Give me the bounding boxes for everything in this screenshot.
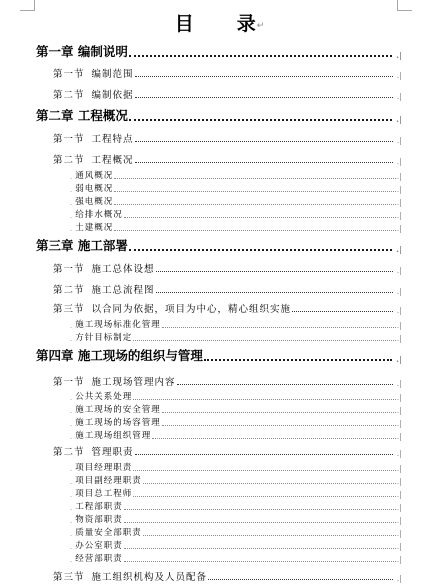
toc-item-label: 给排水概况 xyxy=(75,208,123,220)
toc-item[interactable]: . 通风概况 .| xyxy=(70,169,402,181)
entry-end-mark: .| xyxy=(397,450,402,458)
bullet-dot: . xyxy=(70,491,72,499)
dot-leader xyxy=(124,509,396,510)
page-corner-mark-top-right xyxy=(397,0,412,11)
entry-end-mark: .| xyxy=(397,212,402,220)
dot-leader xyxy=(135,141,393,142)
entry-end-mark: .| xyxy=(397,307,402,315)
bullet-dot: . xyxy=(70,530,72,538)
toc-item-label: 质量安全部职责 xyxy=(75,526,142,538)
entry-end-mark: .| xyxy=(397,173,402,181)
toc-section-number: 第一节 xyxy=(53,261,85,275)
toc-item[interactable]: . 公共关系处理 .| xyxy=(70,390,402,402)
dot-leader xyxy=(177,384,393,385)
entry-end-mark: .| xyxy=(397,335,402,343)
toc-item[interactable]: . 方针目标制定 .| xyxy=(70,331,402,343)
toc-item-label: 公共关系处理 xyxy=(75,390,132,402)
entry-end-mark: .| xyxy=(397,530,402,538)
toc-chapter-label: 第一章 编制说明 xyxy=(36,42,128,60)
toc-section-4-1[interactable]: 第一节 施工现场管理内容 .| xyxy=(53,374,402,388)
toc-chapter-label: 第三章 施工部署 xyxy=(36,236,128,254)
entry-end-mark: .| xyxy=(397,225,402,233)
dot-leader xyxy=(133,470,396,471)
toc-section-number: 第二节 xyxy=(53,282,85,296)
toc-item-label: 施工现场组织管理 xyxy=(75,429,151,441)
toc-section-1-2[interactable]: 第二节 编制依据 .| xyxy=(53,87,402,101)
toc-section-3-3[interactable]: 第三节 以合同为依据，项目为中心，精心组织实施 .| xyxy=(53,301,402,315)
toc-section-2-1[interactable]: 第一节 工程特点 .| xyxy=(53,131,402,145)
entry-end-mark: .| xyxy=(397,93,402,101)
dot-leader xyxy=(135,97,393,98)
dot-leader xyxy=(124,522,396,523)
toc-item[interactable]: . 施工现场的安全管理 .| xyxy=(70,403,402,415)
dot-leader xyxy=(129,55,392,57)
entry-end-mark: .| xyxy=(397,517,402,525)
toc-section-label: 施工现场管理内容 xyxy=(92,374,176,388)
toc-item-label: 方针目标制定 xyxy=(75,331,132,343)
toc-item[interactable]: . 经营部职责 .| xyxy=(70,552,402,564)
toc-section-number: 第一节 xyxy=(53,374,85,388)
toc-item[interactable]: . 弱电概况 .| xyxy=(70,182,402,194)
toc-chapter-3[interactable]: 第三章 施工部署 .| xyxy=(36,238,402,254)
toc-section-number: 第一节 xyxy=(53,66,85,80)
dot-leader xyxy=(129,119,392,121)
dot-leader xyxy=(292,311,393,312)
entry-end-mark: .| xyxy=(396,52,402,60)
entry-end-mark: .| xyxy=(397,199,402,207)
dot-leader xyxy=(135,454,393,455)
entry-end-mark: .| xyxy=(397,288,402,296)
toc-item[interactable]: . 施工现场组织管理 .| xyxy=(70,429,402,441)
entry-end-mark: .| xyxy=(397,491,402,499)
dot-leader xyxy=(135,162,393,163)
toc-item[interactable]: . 给排水概况 .| xyxy=(70,208,402,220)
toc-item[interactable]: . 强电概况 .| xyxy=(70,195,402,207)
entry-end-mark: .| xyxy=(397,380,402,388)
dot-leader xyxy=(156,271,393,272)
toc-item[interactable]: . 施工现场标准化管理 .| xyxy=(70,318,402,330)
toc-item-label: 强电概况 xyxy=(75,195,113,207)
toc-item[interactable]: . 物资部职责 .| xyxy=(70,513,402,525)
dot-leader xyxy=(133,399,396,400)
entry-end-mark: .| xyxy=(396,246,402,254)
dot-leader xyxy=(124,561,396,562)
dot-leader xyxy=(156,292,393,293)
toc-section-label: 施工组织机构及人员配备 xyxy=(92,569,208,583)
dot-leader xyxy=(133,340,396,341)
toc-item[interactable]: . 工程部职责 .| xyxy=(70,500,402,512)
toc-item-label: 施工现场标准化管理 xyxy=(75,318,161,330)
entry-end-mark: .| xyxy=(397,504,402,512)
toc-section-label: 编制范围 xyxy=(92,66,134,80)
entry-end-mark: .| xyxy=(397,556,402,564)
entry-end-mark: .| xyxy=(397,575,402,583)
dot-leader xyxy=(114,178,396,179)
toc-section-3-2[interactable]: 第二节 施工总流程图 .| xyxy=(53,282,402,296)
toc-item-label: 经营部职责 xyxy=(75,552,123,564)
bullet-dot: . xyxy=(70,173,72,181)
toc-section-number: 第一节 xyxy=(53,131,85,145)
toc-item[interactable]: . 质量安全部职责 .| xyxy=(70,526,402,538)
toc-section-number: 第三节 xyxy=(53,301,85,315)
toc-title: 目录↵ xyxy=(0,11,439,39)
dot-leader xyxy=(143,483,396,484)
toc-item-label: 土建概况 xyxy=(75,221,113,233)
toc-item-label: 工程部职责 xyxy=(75,500,123,512)
toc-section-label: 工程概况 xyxy=(92,152,134,166)
dot-leader xyxy=(143,535,396,536)
bullet-dot: . xyxy=(70,199,72,207)
toc-title-char-1: 目 xyxy=(175,11,194,37)
toc-section-4-3[interactable]: 第三节 施工组织机构及人员配备 .| xyxy=(53,569,402,583)
toc-section-number: 第二节 xyxy=(53,87,85,101)
bullet-dot: . xyxy=(70,186,72,194)
dot-leader xyxy=(129,249,392,251)
entry-end-mark: .| xyxy=(397,137,402,145)
toc-item-label: 项目经理职责 xyxy=(75,461,132,473)
toc-section-1-1[interactable]: 第一节 编制范围 .| xyxy=(53,66,402,80)
entry-end-mark: .| xyxy=(397,478,402,486)
toc-section-label: 施工总体设想 xyxy=(92,261,155,275)
toc-chapter-label: 第四章 施工现场的组织与管理 xyxy=(36,346,203,364)
toc-section-label: 以合同为依据，项目为中心，精心组织实施 xyxy=(92,301,292,315)
entry-end-mark: .| xyxy=(397,158,402,166)
bullet-dot: . xyxy=(70,322,72,330)
entry-end-mark: .| xyxy=(397,186,402,194)
toc-item-label: 施工现场的场容管理 xyxy=(75,416,161,428)
bullet-dot: . xyxy=(70,478,72,486)
bullet-dot: . xyxy=(70,504,72,512)
dot-leader xyxy=(124,548,396,549)
toc-title-char-2: 录 xyxy=(237,11,256,37)
toc-section-number: 第三节 xyxy=(53,569,85,583)
entry-end-mark: .| xyxy=(397,465,402,473)
dot-leader xyxy=(114,230,396,231)
toc-item-label: 项目副经理职责 xyxy=(75,474,142,486)
dot-leader xyxy=(114,191,396,192)
toc-item[interactable]: . 项目总工程师 .| xyxy=(70,487,402,499)
entry-end-mark: .| xyxy=(397,72,402,80)
toc-chapter-4[interactable]: 第四章 施工现场的组织与管理 .| xyxy=(36,348,402,364)
toc-item[interactable]: . 项目经理职责 .| xyxy=(70,461,402,473)
toc-item[interactable]: . 办公室职责 .| xyxy=(70,539,402,551)
toc-item-label: 物资部职责 xyxy=(75,513,123,525)
entry-end-mark: .| xyxy=(397,433,402,441)
toc-section-4-2[interactable]: 第二节 管理职责 .| xyxy=(53,444,402,458)
bullet-dot: . xyxy=(70,465,72,473)
toc-section-number: 第二节 xyxy=(53,152,85,166)
toc-chapter-1[interactable]: 第一章 编制说明 .| xyxy=(36,44,402,60)
dot-leader xyxy=(114,204,396,205)
bullet-dot: . xyxy=(70,212,72,220)
dot-leader xyxy=(162,327,396,328)
entry-end-mark: .| xyxy=(396,356,402,364)
dot-leader xyxy=(133,496,396,497)
toc-section-2-2[interactable]: 第二节 工程概况 .| xyxy=(53,152,402,166)
entry-end-mark: .| xyxy=(397,407,402,415)
bullet-dot: . xyxy=(70,407,72,415)
page-corner-mark-top-left xyxy=(20,0,35,11)
toc-item-label: 项目总工程师 xyxy=(75,487,132,499)
toc-section-label: 管理职责 xyxy=(92,444,134,458)
bullet-dot: . xyxy=(70,556,72,564)
bullet-dot: . xyxy=(70,335,72,343)
dot-leader xyxy=(204,359,392,361)
toc-item[interactable]: . 施工现场的场容管理 .| xyxy=(70,416,402,428)
bullet-dot: . xyxy=(70,517,72,525)
toc-section-number: 第二节 xyxy=(53,444,85,458)
bullet-dot: . xyxy=(70,433,72,441)
toc-item-label: 施工现场的安全管理 xyxy=(75,403,161,415)
dot-leader xyxy=(135,76,393,77)
dot-leader xyxy=(124,217,396,218)
dot-leader xyxy=(162,412,396,413)
entry-end-mark: .| xyxy=(397,543,402,551)
entry-end-mark: .| xyxy=(397,394,402,402)
toc-item[interactable]: . 土建概况 .| xyxy=(70,221,402,233)
toc-section-3-1[interactable]: 第一节 施工总体设想 .| xyxy=(53,261,402,275)
toc-item-label: 办公室职责 xyxy=(75,539,123,551)
bullet-dot: . xyxy=(70,543,72,551)
entry-end-mark: .| xyxy=(397,420,402,428)
toc-chapter-2[interactable]: 第二章 工程概况 .| xyxy=(36,108,402,124)
bullet-dot: . xyxy=(70,394,72,402)
entry-end-mark: .| xyxy=(397,267,402,275)
bullet-dot: . xyxy=(70,225,72,233)
entry-end-mark: .| xyxy=(396,116,402,124)
dot-leader xyxy=(152,438,396,439)
bullet-dot: . xyxy=(70,420,72,428)
toc-item-label: 弱电概况 xyxy=(75,182,113,194)
toc-item-label: 通风概况 xyxy=(75,169,113,181)
toc-chapter-label: 第二章 工程概况 xyxy=(36,106,128,124)
dot-leader xyxy=(208,579,393,580)
dot-leader xyxy=(162,425,396,426)
toc-section-label: 工程特点 xyxy=(92,131,134,145)
entry-end-mark: .| xyxy=(397,322,402,330)
toc-section-label: 编制依据 xyxy=(92,87,134,101)
paragraph-mark-icon: ↵ xyxy=(257,21,265,31)
toc-section-label: 施工总流程图 xyxy=(92,282,155,296)
toc-item[interactable]: . 项目副经理职责 .| xyxy=(70,474,402,486)
